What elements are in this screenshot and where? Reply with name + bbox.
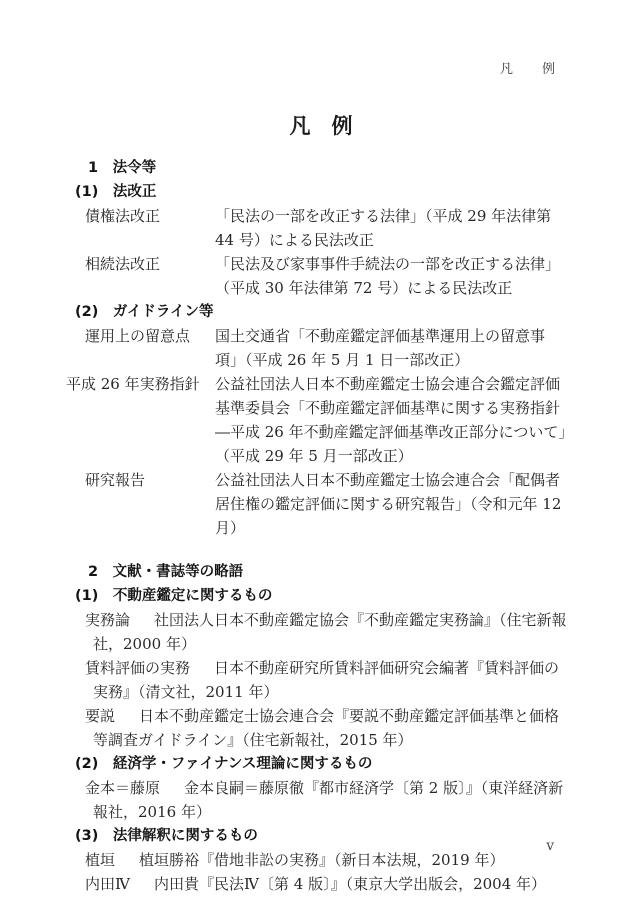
entry-definition: 日本不動産鑑定士協会連合会『要説不動産鑑定評価基準と価格等調査ガイドライン』（住… <box>93 707 559 749</box>
glossary-entry: 金本＝藤原金本良嗣＝藤原徹『都市経済学〔第 2 版〕』（東洋経済新報社，2016… <box>75 776 567 824</box>
glossary-entry: 植垣植垣勝裕『借地非訟の実務』（新日本法規，2019 年） <box>75 848 567 872</box>
glossary-entry: 要説日本不動産鑑定士協会連合会『要説不動産鑑定評価基準と価格等調査ガイドライン』… <box>75 704 567 752</box>
section-laws: 1 法令等 (1) 法改正 債権法改正 「民法の一部を改正する法律」（平成 29… <box>75 156 567 540</box>
page-content: 1 法令等 (1) 法改正 債権法改正 「民法の一部を改正する法律」（平成 29… <box>75 156 567 896</box>
entry-definition: 公益社団法人日本不動産鑑定士協会連合会鑑定評価基準委員会「不動産鑑定評価基準に関… <box>215 372 567 468</box>
entry-term: 金本＝藤原 <box>85 779 160 797</box>
entry-definition: 社団法人日本不動産鑑定協会『不動産鑑定実務論』（住宅新報社，2000 年） <box>93 611 567 653</box>
section-heading: 1 法令等 <box>88 156 567 180</box>
entry-definition: 植垣勝裕『借地非訟の実務』（新日本法規，2019 年） <box>139 851 504 869</box>
subsection-heading: (3) 法律解釈に関するもの <box>75 824 567 848</box>
entry-definition: 国土交通省「不動産鑑定評価基準運用上の留意事項」（平成 26 年 5 月 1 日… <box>215 324 567 372</box>
glossary-entry: 相続法改正 「民法及び家事事件手続法の一部を改正する法律」（平成 30 年法律第… <box>75 252 567 300</box>
section-bibliography-abbreviations: 2 文献・書誌等の略語 (1) 不動産鑑定に関するもの 実務論社団法人日本不動産… <box>75 560 567 896</box>
subsection-appraisal-literature: (1) 不動産鑑定に関するもの 実務論社団法人日本不動産鑑定協会『不動産鑑定実務… <box>75 584 567 752</box>
entry-term: 内田Ⅳ <box>85 875 130 893</box>
entry-term: 要説 <box>85 707 115 725</box>
entry-term: 相続法改正 <box>85 252 215 276</box>
subsection-economics-finance-literature: (2) 経済学・ファイナンス理論に関するもの 金本＝藤原金本良嗣＝藤原徹『都市経… <box>75 752 567 824</box>
page-title: 凡 例 <box>0 110 642 140</box>
entry-term: 実務論 <box>85 611 130 629</box>
entry-term: 債権法改正 <box>85 204 215 228</box>
subsection-guidelines: (2) ガイドライン等 運用上の留意点 国土交通省「不動産鑑定評価基準運用上の留… <box>75 300 567 540</box>
entry-term: 研究報告 <box>85 468 215 492</box>
glossary-entry: 平成 26 年実務指針 公益社団法人日本不動産鑑定士協会連合会鑑定評価基準委員会… <box>75 372 567 468</box>
glossary-entry: 実務論社団法人日本不動産鑑定協会『不動産鑑定実務論』（住宅新報社，2000 年） <box>75 608 567 656</box>
entry-definition: 公益社団法人日本不動産鑑定士協会連合会「配偶者居住権の鑑定評価に関する研究報告」… <box>215 468 567 540</box>
glossary-entry: 債権法改正 「民法の一部を改正する法律」（平成 29 年法律第 44 号）による… <box>75 204 567 252</box>
entry-term: 運用上の留意点 <box>85 324 215 348</box>
subsection-heading: (2) 経済学・ファイナンス理論に関するもの <box>75 752 567 776</box>
subsection-heading: (2) ガイドライン等 <box>75 300 567 324</box>
entry-definition: 「民法及び家事事件手続法の一部を改正する法律」（平成 30 年法律第 72 号）… <box>215 252 567 300</box>
entry-definition: 内田貴『民法Ⅳ〔第 4 版〕』（東京大学出版会，2004 年） <box>154 875 546 893</box>
subsection-heading: (1) 法改正 <box>75 180 567 204</box>
entry-definition: 金本良嗣＝藤原徹『都市経済学〔第 2 版〕』（東洋経済新報社，2016 年） <box>93 779 563 821</box>
glossary-entry: 賃料評価の実務日本不動産研究所賃料評価研究会編著『賃料評価の実務』（清文社，20… <box>75 656 567 704</box>
document-page: 凡 例 凡 例 1 法令等 (1) 法改正 債権法改正 「民法の一部を改正する法… <box>0 0 642 900</box>
page-number: v <box>546 838 554 854</box>
entry-definition: 「民法の一部を改正する法律」（平成 29 年法律第 44 号）による民法改正 <box>215 204 567 252</box>
entry-term: 植垣 <box>85 851 115 869</box>
entry-term: 賃料評価の実務 <box>85 659 190 677</box>
subsection-heading: (1) 不動産鑑定に関するもの <box>75 584 567 608</box>
glossary-entry: 運用上の留意点 国土交通省「不動産鑑定評価基準運用上の留意事項」（平成 26 年… <box>75 324 567 372</box>
subsection-law-amendments: (1) 法改正 債権法改正 「民法の一部を改正する法律」（平成 29 年法律第 … <box>75 180 567 300</box>
section-heading: 2 文献・書誌等の略語 <box>88 560 567 584</box>
glossary-entry: 研究報告 公益社団法人日本不動産鑑定士協会連合会「配偶者居住権の鑑定評価に関する… <box>75 468 567 540</box>
glossary-entry: 内田Ⅳ内田貴『民法Ⅳ〔第 4 版〕』（東京大学出版会，2004 年） <box>75 872 567 896</box>
running-head: 凡 例 <box>500 58 556 77</box>
subsection-legal-interpretation-literature: (3) 法律解釈に関するもの 植垣植垣勝裕『借地非訟の実務』（新日本法規，201… <box>75 824 567 896</box>
entry-term: 平成 26 年実務指針 <box>66 372 215 396</box>
